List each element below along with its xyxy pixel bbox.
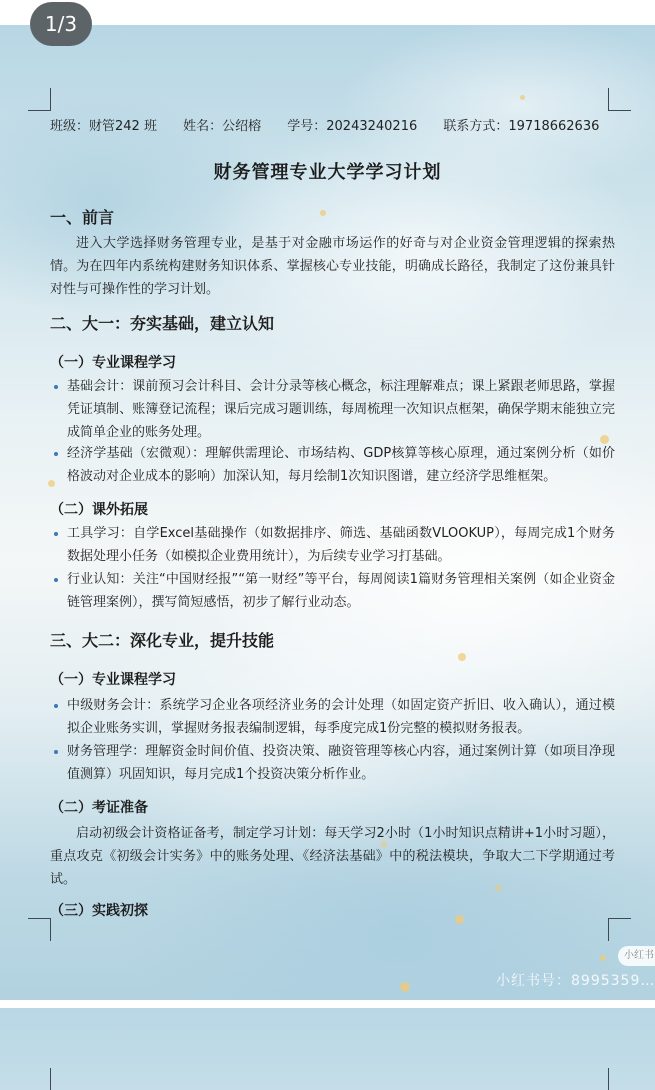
- subsection-heading: （三）实践初探: [50, 900, 148, 920]
- list-item: 中级财务会计：系统学习企业各项经济业务的会计处理（如固定资产折旧、收入确认），通…: [50, 694, 615, 740]
- section-heading: 三、大二：深化专业，提升技能: [50, 628, 274, 651]
- exam-paragraph: 启动初级会计资格证备考，制定学习计划：每天学习2小时（1小时知识点精讲+1小时习…: [50, 822, 615, 891]
- corner-mark: [28, 918, 51, 941]
- subsection-heading: （一）专业课程学习: [50, 352, 176, 372]
- subsection-heading: （二）考证准备: [50, 797, 148, 817]
- section-heading: 二、大一：夯实基础，建立认知: [50, 311, 274, 334]
- document-title: 财务管理专业大学学习计划: [0, 158, 655, 184]
- student-id-field: 学号：20243240216: [287, 119, 417, 134]
- list-item: 工具学习：自学Excel基础操作（如数据排序、筛选、基础函数VLOOKUP），每…: [50, 522, 615, 568]
- document-page-2[interactable]: [0, 1008, 655, 1090]
- subsection-heading: （一）专业课程学习: [50, 669, 176, 689]
- intro-paragraph: 进入大学选择财务管理专业，是基于对金融市场运作的好奇与对企业资金管理逻辑的探索热…: [50, 232, 615, 301]
- student-info: 班级：财管242 班 姓名：公绍榕 学号：20243240216 联系方式：19…: [50, 115, 621, 134]
- contact-field: 联系方式：19718662636: [443, 119, 599, 134]
- list-item: 经济学基础（宏微观）：理解供需理论、市场结构、GDP核算等核心原理，通过案例分析…: [50, 442, 615, 488]
- section-heading: 一、前言: [50, 205, 114, 228]
- corner-mark: [608, 918, 631, 941]
- corner-mark: [28, 88, 51, 111]
- corner-mark: [608, 1068, 631, 1090]
- list-item: 行业认知：关注“中国财经报”“第一财经”等平台，每周阅读1篇财务管理相关案例（如…: [50, 568, 615, 614]
- corner-mark: [608, 88, 631, 111]
- list-item: 财务管理学：理解资金时间价值、投资决策、融资管理等核心内容，通过案例计算（如项目…: [50, 740, 615, 786]
- watermark-logo: 小红书: [618, 946, 655, 966]
- class-field: 班级：财管242 班: [50, 119, 157, 134]
- page-indicator: 1/3: [30, 2, 92, 46]
- corner-mark: [28, 1068, 51, 1090]
- name-field: 姓名：公绍榕: [183, 119, 261, 134]
- list-item: 基础会计：课前预习会计科目、会计分录等核心概念，标注理解难点；课上紧跟老师思路，…: [50, 375, 615, 444]
- watermark-text: 小红书号：8995359…: [496, 970, 655, 990]
- subsection-heading: （二）课外拓展: [50, 499, 148, 519]
